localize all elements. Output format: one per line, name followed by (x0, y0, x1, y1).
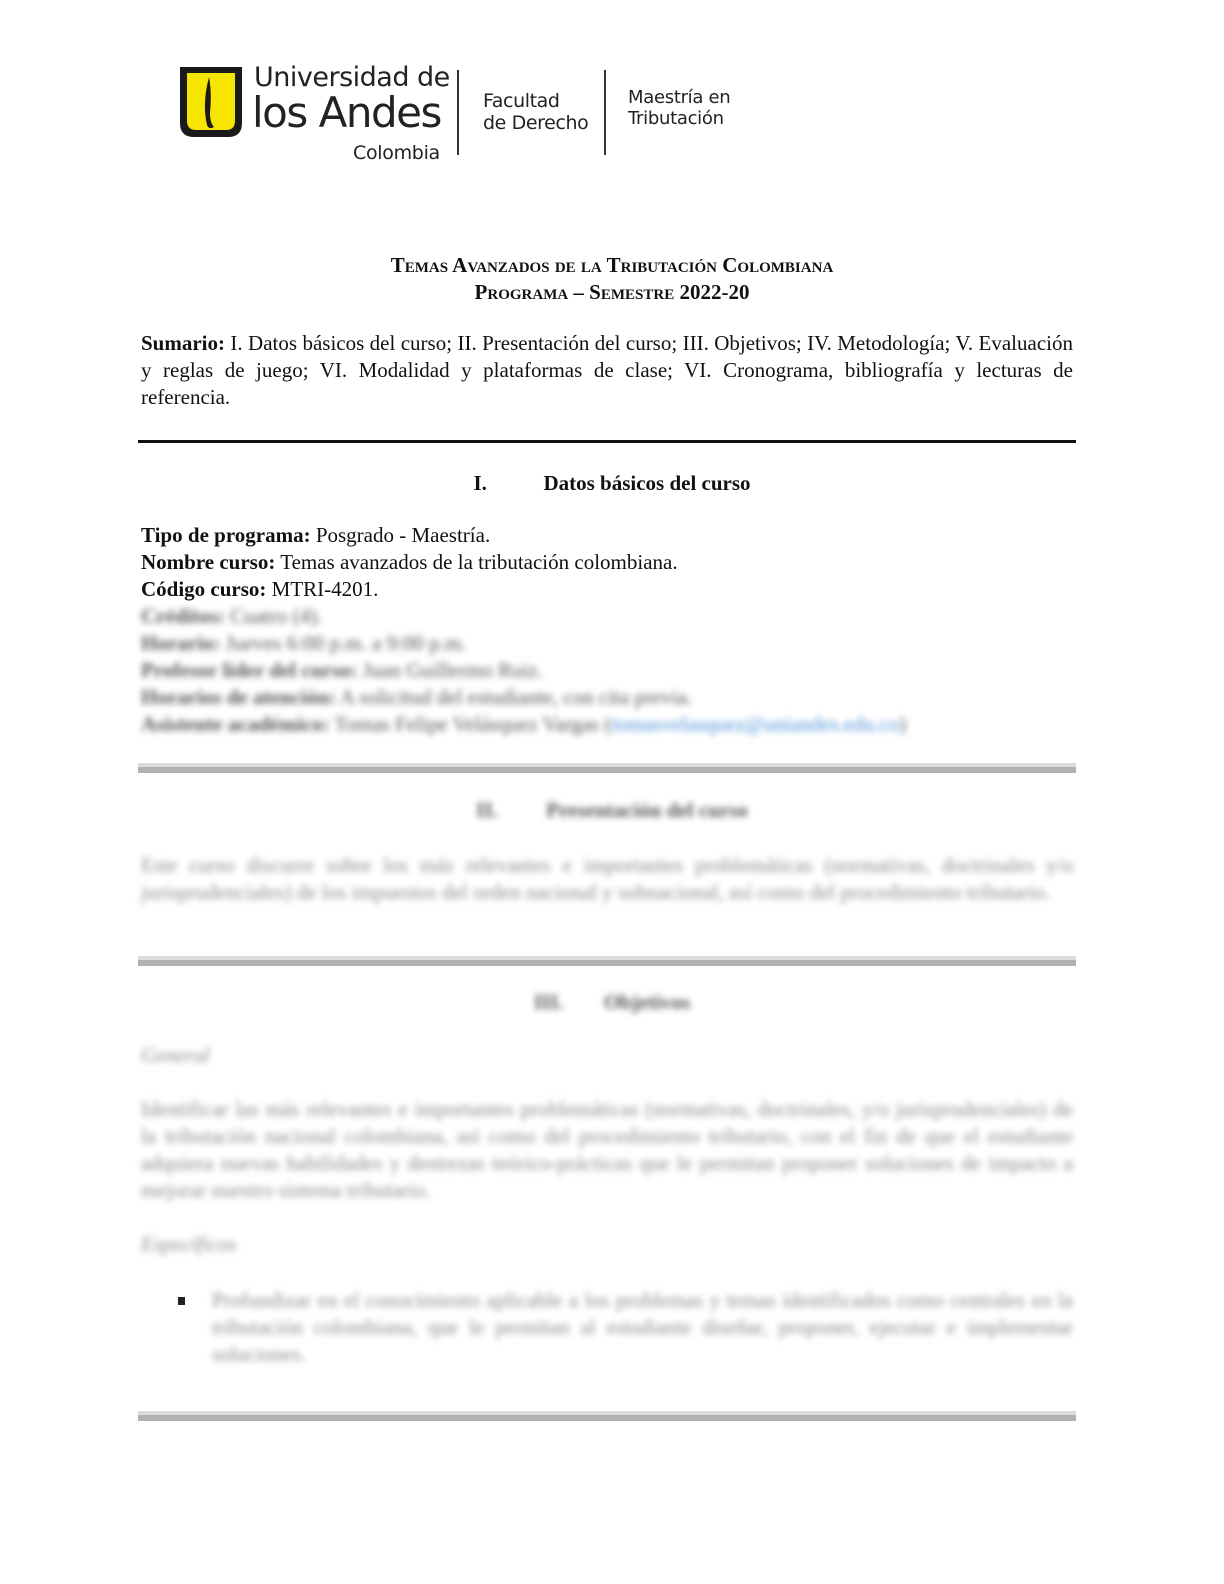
section-divider (138, 763, 1076, 773)
field-schedule: Horario: Jueves 6:00 p.m. a 9:00 p.m. (141, 630, 1073, 657)
faculty-line2: de Derecho (483, 112, 588, 134)
section-divider (138, 440, 1076, 443)
section-title: Presentación del curso (546, 798, 747, 822)
specific-objectives-list: Profundizar en el conocimiento aplicable… (141, 1287, 1073, 1368)
program-line2: Tributación (628, 108, 730, 129)
general-objective-label: General (141, 1042, 1073, 1069)
field-label: Profesor líder del curso: (141, 658, 357, 682)
document-title: Temas Avanzados de la Tributación Colomb… (0, 252, 1224, 306)
field-label: Tipo de programa: (141, 523, 311, 547)
bullet-icon (178, 1297, 185, 1305)
course-basic-data: Tipo de programa: Posgrado - Maestría. N… (141, 522, 1073, 738)
field-value: Tomas Felipe Velásquez Vargas ( (329, 712, 611, 736)
field-value-tail: ) (899, 712, 906, 736)
section-number: I. (473, 471, 543, 496)
redacted-fields: Créditos: Cuatro (4). Horario: Jueves 6:… (141, 603, 1073, 738)
field-program-type: Tipo de programa: Posgrado - Maestría. (141, 522, 1073, 549)
section-number: III. (534, 990, 604, 1015)
summary-label: Sumario: (141, 331, 225, 355)
field-value: Jueves 6:00 p.m. a 9:00 p.m. (220, 631, 466, 655)
field-value: Cuatro (4). (225, 604, 322, 628)
field-value: Juan Guillermo Ruiz. (357, 658, 542, 682)
general-objective-text: Identificar las más relevantes e importa… (141, 1096, 1073, 1204)
course-presentation-text: Este curso discurre sobre los más releva… (141, 852, 1073, 906)
faculty-name: Facultad de Derecho (483, 90, 588, 134)
university-logo: Universidad de los Andes Colombia Facult… (178, 60, 758, 170)
list-item: Profundizar en el conocimiento aplicable… (141, 1287, 1073, 1368)
field-label: Horario: (141, 631, 220, 655)
specific-objectives-label: Específicos (141, 1231, 1073, 1258)
shield-icon (178, 63, 244, 139)
section-divider (138, 1411, 1076, 1421)
summary: Sumario: I. Datos básicos del curso; II.… (141, 330, 1073, 411)
section-title: Datos básicos del curso (543, 471, 750, 495)
title-line2: Programa – Semestre 2022-20 (0, 279, 1224, 306)
field-course-name: Nombre curso: Temas avanzados de la trib… (141, 549, 1073, 576)
field-value: MTRI-4201. (266, 577, 378, 601)
section-divider (138, 956, 1076, 966)
field-label: Horarios de atención: (141, 685, 336, 709)
field-credits: Créditos: Cuatro (4). (141, 603, 1073, 630)
section-heading-1: I.Datos básicos del curso (0, 471, 1224, 496)
section-number: II. (476, 798, 546, 823)
field-value: Posgrado - Maestría. (311, 523, 491, 547)
section-title: Objetivos (604, 990, 690, 1014)
field-course-code: Código curso: MTRI-4201. (141, 576, 1073, 603)
university-country: Colombia (353, 142, 440, 164)
program-line1: Maestría en (628, 87, 730, 108)
field-label: Código curso: (141, 577, 266, 601)
summary-text: I. Datos básicos del curso; II. Presenta… (141, 331, 1073, 409)
logo-divider (604, 70, 606, 155)
field-label: Créditos: (141, 604, 225, 628)
field-teaching-assistant: Asistente académico: Tomas Felipe Velásq… (141, 711, 1073, 738)
field-value: Temas avanzados de la tributación colomb… (275, 550, 677, 574)
title-line1: Temas Avanzados de la Tributación Colomb… (0, 252, 1224, 279)
logo-divider (457, 70, 459, 155)
field-office-hours: Horarios de atención: A solicitud del es… (141, 684, 1073, 711)
field-value: A solicitud del estudiante, con cita pre… (336, 685, 692, 709)
assistant-email-link[interactable]: tomasvelasquez@uniandes.edu.co (612, 712, 900, 736)
field-label: Nombre curso: (141, 550, 275, 574)
faculty-line1: Facultad (483, 90, 588, 112)
program-name: Maestría en Tributación (628, 87, 730, 129)
list-item-text: Profundizar en el conocimiento aplicable… (212, 1287, 1073, 1368)
section-heading-3: III.Objetivos (0, 990, 1224, 1015)
university-name-line2: los Andes (252, 88, 441, 137)
field-label: Asistente académico: (141, 712, 329, 736)
section-heading-2: II.Presentación del curso (0, 798, 1224, 823)
field-lead-professor: Profesor líder del curso: Juan Guillermo… (141, 657, 1073, 684)
